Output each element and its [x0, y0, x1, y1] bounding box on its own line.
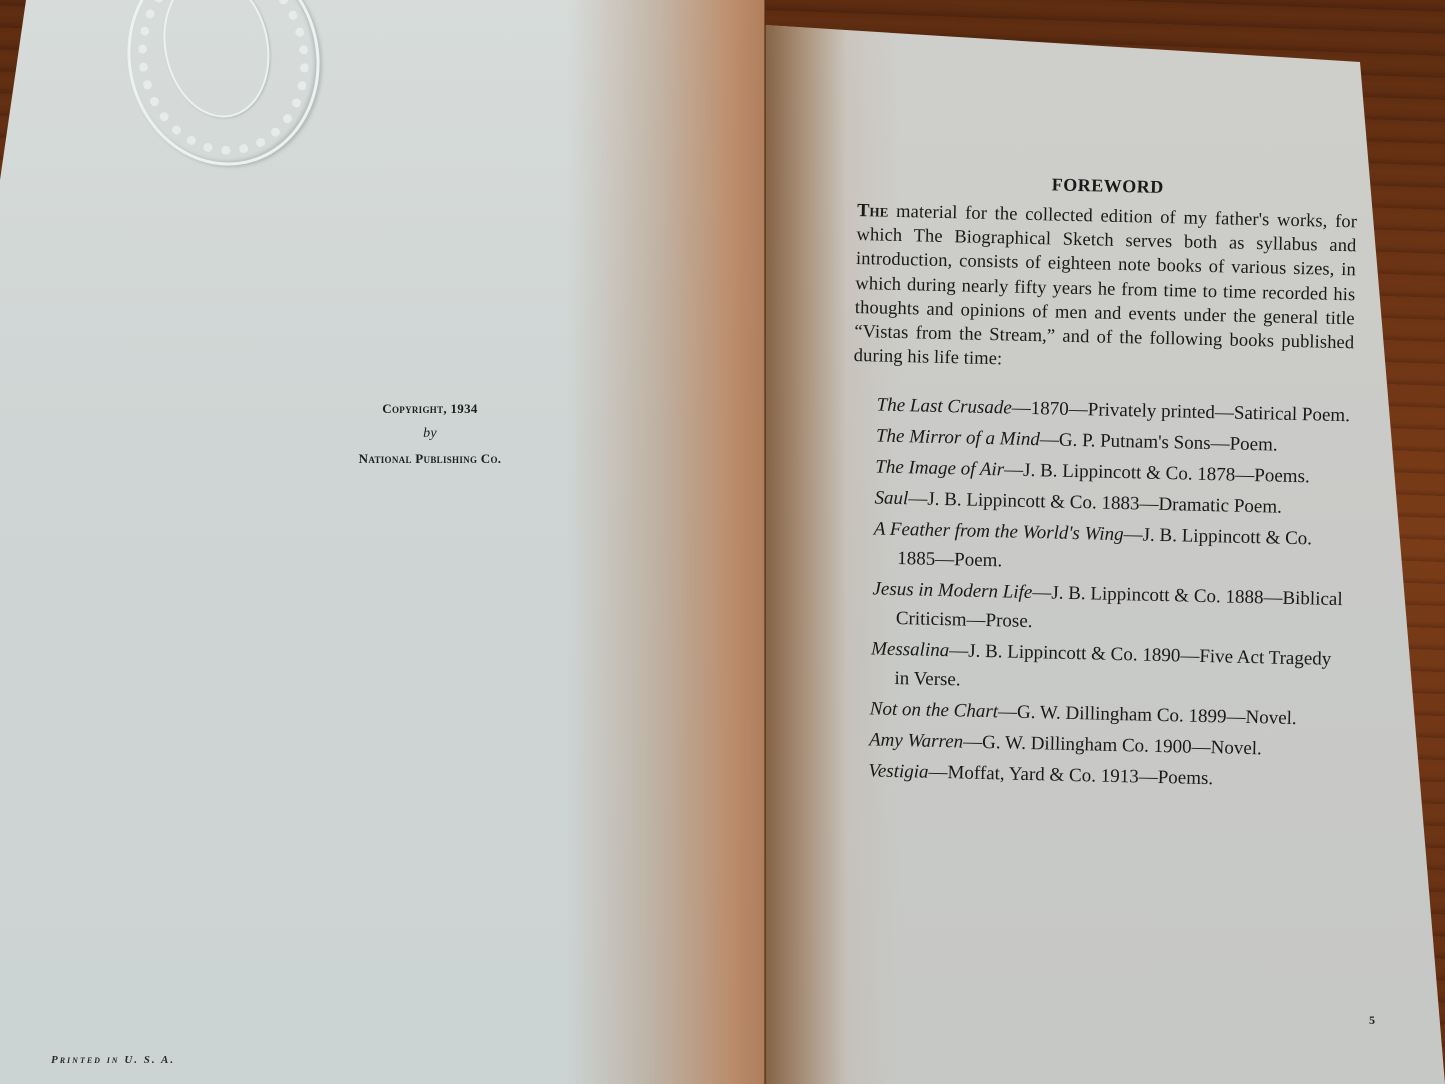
list-item: Jesus in Modern Life—J. B. Lippincott & … — [872, 575, 1349, 644]
book-details: —J. B. Lippincott & Co. 1890—Five Act Tr… — [894, 641, 1331, 691]
book-title: A Feather from the World's Wing — [874, 519, 1124, 546]
foreword-lead-word: The — [857, 201, 889, 222]
foreword-section: FOREWORD The material for the collected … — [844, 170, 1358, 799]
book-title: The Mirror of a Mind — [876, 426, 1040, 451]
book-title: Jesus in Modern Life — [872, 579, 1032, 604]
publisher-name: National Publishing Co. — [310, 446, 550, 471]
book-details: —G. P. Putnam's Sons—Poem. — [1040, 430, 1278, 456]
list-item: Messalina—J. B. Lippincott & Co. 1890—Fi… — [870, 635, 1347, 704]
book-details: —G. W. Dillingham Co. 1900—Novel. — [963, 732, 1262, 760]
copyright-block: Copyright, 1934 by National Publishing C… — [310, 396, 550, 471]
printed-in-imprint: Printed in U. S. A. — [51, 1054, 175, 1066]
book-title: Saul — [874, 488, 908, 510]
book-details: —1870—Privately printed—Satirical Poem. — [1012, 398, 1351, 427]
foreword-text: material for the collected edition of my… — [854, 202, 1358, 370]
page-number: 5 — [1369, 1013, 1375, 1028]
book-title: Not on the Chart — [870, 699, 999, 723]
list-item: A Feather from the World's Wing—J. B. Li… — [873, 515, 1350, 584]
book-title: Amy Warren — [869, 730, 964, 753]
book-details: —Moffat, Yard & Co. 1913—Poems. — [928, 762, 1213, 789]
left-page — [0, 0, 765, 1084]
book-details: —J. B. Lippincott & Co. 1883—Dramatic Po… — [908, 489, 1282, 518]
book-title: Vestigia — [868, 761, 929, 783]
book-details: —G. W. Dillingham Co. 1899—Novel. — [998, 702, 1297, 730]
books-list: The Last Crusade—1870—Privately printed—… — [868, 391, 1353, 797]
foreword-paragraph: The material for the collected edition o… — [853, 199, 1357, 380]
book-details: —J. B. Lippincott & Co. 1878—Poems. — [1004, 460, 1310, 488]
embossed-seal-icon — [108, 0, 340, 183]
book-title: The Last Crusade — [876, 395, 1012, 419]
copyright-by: by — [310, 421, 550, 446]
book-title: The Image of Air — [875, 457, 1004, 481]
copyright-line: Copyright, 1934 — [310, 396, 550, 421]
book-title: Messalina — [871, 639, 950, 662]
book-gutter — [764, 0, 766, 1084]
